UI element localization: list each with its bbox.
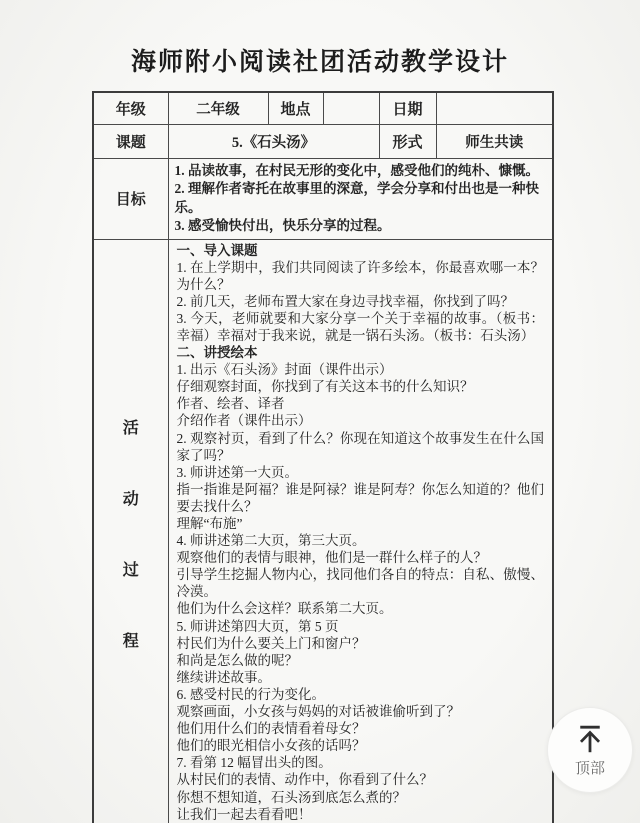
process-label-vertical: 活动过程 <box>94 415 168 651</box>
text-line: 5. 师讲述第四大页，第 5 页 <box>177 618 545 635</box>
text-line: 仔细观察封面，你找到了有关这本书的什么知识？ <box>177 378 545 395</box>
process-label-char: 活 <box>123 415 139 438</box>
text-line: 作者、绘者、译者 <box>177 395 545 412</box>
text-line: 和尚是怎么做的呢？ <box>177 652 545 669</box>
table-row: 课题 5.《石头汤》 形式 师生共读 <box>93 124 553 158</box>
text-line: 村民们为什么要关上门和窗户？ <box>177 635 545 652</box>
text-line: 1. 品读故事，在村民无形的变化中，感受他们的纯朴、慷慨。 <box>175 162 547 181</box>
process-label-char: 程 <box>123 628 139 651</box>
process-label: 活动过程 <box>93 239 168 823</box>
text-line: 1. 出示《石头汤》封面（课件出示） <box>177 361 545 378</box>
text-line: 介绍作者（课件出示） <box>177 412 545 429</box>
goals-content: 1. 品读故事，在村民无形的变化中，感受他们的纯朴、慷慨。2. 理解作者寄托在故… <box>168 158 553 239</box>
text-line: 3. 师讲述第一大页。 <box>177 464 545 481</box>
table-row: 活动过程 一、导入课题1. 在上学期中，我们共同阅读了许多绘本，你最喜欢哪一本？… <box>93 239 553 823</box>
text-line: 你想不想知道，石头汤到底怎么煮的？ <box>177 789 545 806</box>
text-line: 4. 师讲述第二大页，第三大页。 <box>177 532 545 549</box>
back-to-top-label: 顶部 <box>575 757 605 778</box>
text-line: 他们为什么会这样？联系第二大页。 <box>177 600 545 617</box>
place-label: 地点 <box>268 92 323 124</box>
grade-label: 年级 <box>93 92 168 124</box>
top-arrow-icon <box>573 723 607 755</box>
process-label-char: 动 <box>123 486 139 509</box>
text-line: 一、导入课题 <box>177 242 545 259</box>
text-line: 2. 前几天，老师布置大家在身边寻找幸福，你找到了吗？ <box>177 293 545 310</box>
date-label: 日期 <box>379 92 436 124</box>
text-line: 二、讲授绘本 <box>177 344 545 361</box>
topic-value: 5.《石头汤》 <box>168 124 379 158</box>
back-to-top-button[interactable]: 顶部 <box>547 707 633 793</box>
date-value <box>436 92 553 124</box>
topic-label: 课题 <box>93 124 168 158</box>
table-row: 年级 二年级 地点 日期 <box>93 92 553 124</box>
scanned-document-page: 海师附小阅读社团活动教学设计 年级 二年级 地点 日期 课题 5.《石头汤》 形… <box>0 0 640 823</box>
teaching-design-table: 年级 二年级 地点 日期 课题 5.《石头汤》 形式 师生共读 目标 1. 品读… <box>92 91 554 823</box>
place-value <box>323 92 379 124</box>
text-line: 引导学生挖掘人物内心，找同他们各自的特点：自私、傲慢、冷漠。 <box>177 566 545 600</box>
text-line: 2. 理解作者寄托在故事里的深意，学会分享和付出也是一种快乐。 <box>175 180 547 217</box>
text-line: 观察他们的表情与眼神，他们是一群什么样子的人？ <box>177 549 545 566</box>
text-line: 3. 感受愉快付出，快乐分享的过程。 <box>175 217 547 236</box>
goals-label: 目标 <box>93 158 168 239</box>
text-line: 他们用什么们的表情看着母女？ <box>177 720 545 737</box>
process-label-char: 过 <box>123 557 139 580</box>
form-label: 形式 <box>379 124 436 158</box>
page-title: 海师附小阅读社团活动教学设计 <box>0 42 640 78</box>
text-line: 3. 今天，老师就要和大家分享一个关于幸福的故事。（板书：幸福）幸福对于我来说，… <box>177 310 545 344</box>
text-line: 2. 观察衬页，看到了什么？你现在知道这个故事发生在什么国家了吗？ <box>177 430 545 464</box>
form-value: 师生共读 <box>436 124 553 158</box>
text-line: 指一指谁是阿福？谁是阿禄？谁是阿寿？你怎么知道的？他们要去找什么？ <box>177 481 545 515</box>
text-line: 观察画面，小女孩与妈妈的对话被谁偷听到了？ <box>177 703 545 720</box>
text-line: 6. 感受村民的行为变化。 <box>177 686 545 703</box>
text-line: 让我们一起去看看吧！ <box>177 806 545 823</box>
grade-value: 二年级 <box>168 92 268 124</box>
table-row: 目标 1. 品读故事，在村民无形的变化中，感受他们的纯朴、慷慨。2. 理解作者寄… <box>93 158 553 239</box>
text-line: 理解“布施” <box>177 515 545 532</box>
text-line: 从村民们的表情、动作中，你看到了什么？ <box>177 771 545 788</box>
text-line: 1. 在上学期中，我们共同阅读了许多绘本，你最喜欢哪一本？为什么？ <box>177 259 545 293</box>
text-line: 他们的眼光相信小女孩的话吗？ <box>177 737 545 754</box>
text-line: 7. 看第 12 幅冒出头的图。 <box>177 754 545 771</box>
text-line: 继续讲述故事。 <box>177 669 545 686</box>
process-content: 一、导入课题1. 在上学期中，我们共同阅读了许多绘本，你最喜欢哪一本？为什么？2… <box>168 239 553 823</box>
